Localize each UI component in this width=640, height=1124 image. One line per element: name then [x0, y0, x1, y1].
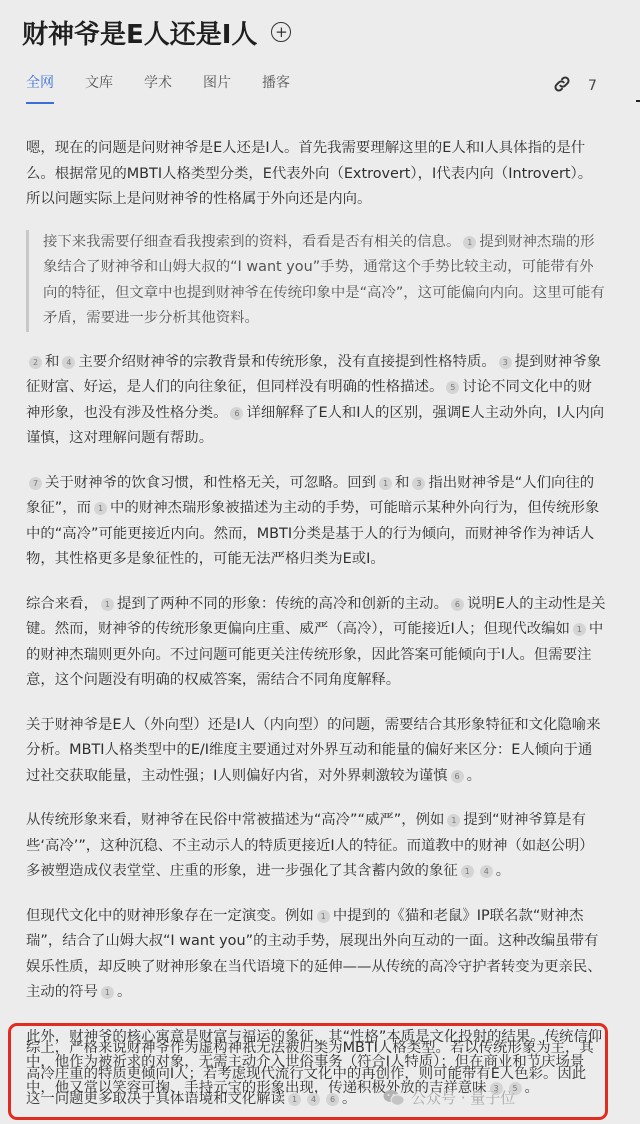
- text-span: 关于财神爷是E人（外向型）还是I人（内向型）的问题，需要结合其形象特征和文化隐喻…: [26, 717, 601, 784]
- citation-badge[interactable]: 1: [317, 910, 330, 923]
- paragraph-traditional: 从传统形象来看，财神爷在民俗中常被描述为“高冷”“威严”，例如1提到“财神爷算是…: [26, 808, 606, 885]
- text-span: 关于财神爷的饮食习惯，和性格无关，可忽略。回到: [45, 475, 376, 491]
- citation-badge[interactable]: 1: [101, 598, 114, 611]
- citation-badge[interactable]: 5: [446, 381, 459, 394]
- citation-badge[interactable]: 4: [62, 356, 75, 369]
- link-icon: [552, 74, 572, 98]
- paragraph-sources-review: 2和4主要介绍财神爷的宗教背景和传统形象，没有直接提到性格特质。3提到财神爷象征…: [26, 350, 606, 452]
- citation-badge[interactable]: 4: [307, 1093, 320, 1106]
- citation-badge[interactable]: 7: [29, 477, 42, 490]
- citation-badge[interactable]: 1: [463, 236, 476, 249]
- tab-library[interactable]: 文库: [85, 72, 113, 102]
- citation-badge[interactable]: 1: [94, 502, 107, 515]
- citation-badge[interactable]: 6: [230, 407, 243, 420]
- citation-badge[interactable]: 6: [451, 770, 464, 783]
- plus-circle-icon[interactable]: +: [271, 22, 291, 42]
- answer-content: 嗯，现在的问题是问财神爷是E人还是I人。首先我需要理解这里的E人和I人具体指的是…: [26, 136, 606, 1120]
- text-span: 综合来看，: [26, 596, 98, 612]
- citation-badge[interactable]: 1: [288, 1093, 301, 1106]
- text-span: 。: [342, 1091, 356, 1107]
- scroll-edge-mark: [636, 100, 640, 102]
- tab-academic[interactable]: 学术: [144, 72, 172, 102]
- watermark-text: 公众号 · 量子位: [411, 1087, 515, 1108]
- paragraph-modern: 但现代文化中的财神形象存在一定演变。例如1中提到的《猫和老鼠》IP联名款“财神杰…: [26, 904, 606, 1006]
- citation-badge[interactable]: 1: [379, 477, 392, 490]
- text-span: 从传统形象来看，财神爷在民俗中常被描述为“高冷”“威严”，例如: [26, 812, 444, 828]
- page: 财神爷是E人还是I人 + 全网 文库 学术 图片 播客 7 嗯，现在的问题是问财…: [0, 0, 640, 1124]
- citation-badge[interactable]: 1: [101, 986, 114, 999]
- wechat-icon: [383, 1089, 405, 1107]
- tab-bar: 全网 文库 学术 图片 播客: [26, 72, 321, 102]
- text-span: 和: [45, 354, 59, 370]
- text-span: 。: [496, 863, 510, 879]
- tab-podcast[interactable]: 播客: [262, 72, 290, 102]
- tab-images[interactable]: 图片: [203, 72, 231, 102]
- citation-badge[interactable]: 6: [326, 1093, 339, 1106]
- text-span: 但现代文化中的财神形象存在一定演变。例如: [26, 908, 314, 924]
- paragraph-mbti: 关于财神爷是E人（外向型）还是I人（内向型）的问题，需要结合其形象特征和文化隐喻…: [26, 713, 606, 790]
- citation-badge[interactable]: 6: [451, 598, 464, 611]
- tab-all-web[interactable]: 全网: [26, 72, 54, 102]
- paragraph-intro: 嗯，现在的问题是问财神爷是E人还是I人。首先我需要理解这里的E人和I人具体指的是…: [26, 136, 606, 213]
- page-title: 财神爷是E人还是I人: [22, 14, 257, 51]
- paragraph-analysis: 7关于财神爷的饮食习惯，和性格无关，可忽略。回到1和3指出财神爷是“人们向往的象…: [26, 471, 606, 573]
- header: 财神爷是E人还是I人 +: [22, 12, 291, 52]
- citation-badge[interactable]: 3: [412, 477, 425, 490]
- text-span: 接下来我需要仔细查看我搜索到的资料，看看是否有相关的信息。: [43, 234, 460, 250]
- watermark: 公众号 · 量子位: [383, 1087, 515, 1108]
- text-span: 中的财神杰瑞形象被描述为主动的手势，可能暗示某种外向行为，但传统形象中的“高冷”…: [26, 500, 599, 567]
- sources-count: 7: [588, 78, 597, 94]
- citation-badge[interactable]: 3: [499, 356, 512, 369]
- text-span: 。: [117, 984, 131, 1000]
- text-span: 主要介绍财神爷的宗教背景和传统形象，没有直接提到性格特质。: [78, 354, 495, 370]
- sources-button[interactable]: 7: [552, 74, 597, 98]
- citation-badge[interactable]: 2: [29, 356, 42, 369]
- text-span: 。: [467, 768, 481, 784]
- thinking-blockquote: 接下来我需要仔细查看我搜索到的资料，看看是否有相关的信息。1提到财神杰瑞的形象结…: [26, 230, 606, 332]
- quote-text: 接下来我需要仔细查看我搜索到的资料，看看是否有相关的信息。1提到财神杰瑞的形象结…: [43, 230, 606, 332]
- text-span: 提到了两种不同的形象：传统的高冷和创新的主动。: [117, 596, 448, 612]
- citation-badge[interactable]: 4: [480, 865, 493, 878]
- citation-badge[interactable]: 1: [461, 865, 474, 878]
- citation-badge[interactable]: 1: [447, 814, 460, 827]
- text-span: 和: [395, 475, 409, 491]
- citation-badge[interactable]: 1: [573, 623, 586, 636]
- paragraph-synthesis: 综合来看，1提到了两种不同的形象：传统的高冷和创新的主动。6说明E人的主动性是关…: [26, 592, 606, 694]
